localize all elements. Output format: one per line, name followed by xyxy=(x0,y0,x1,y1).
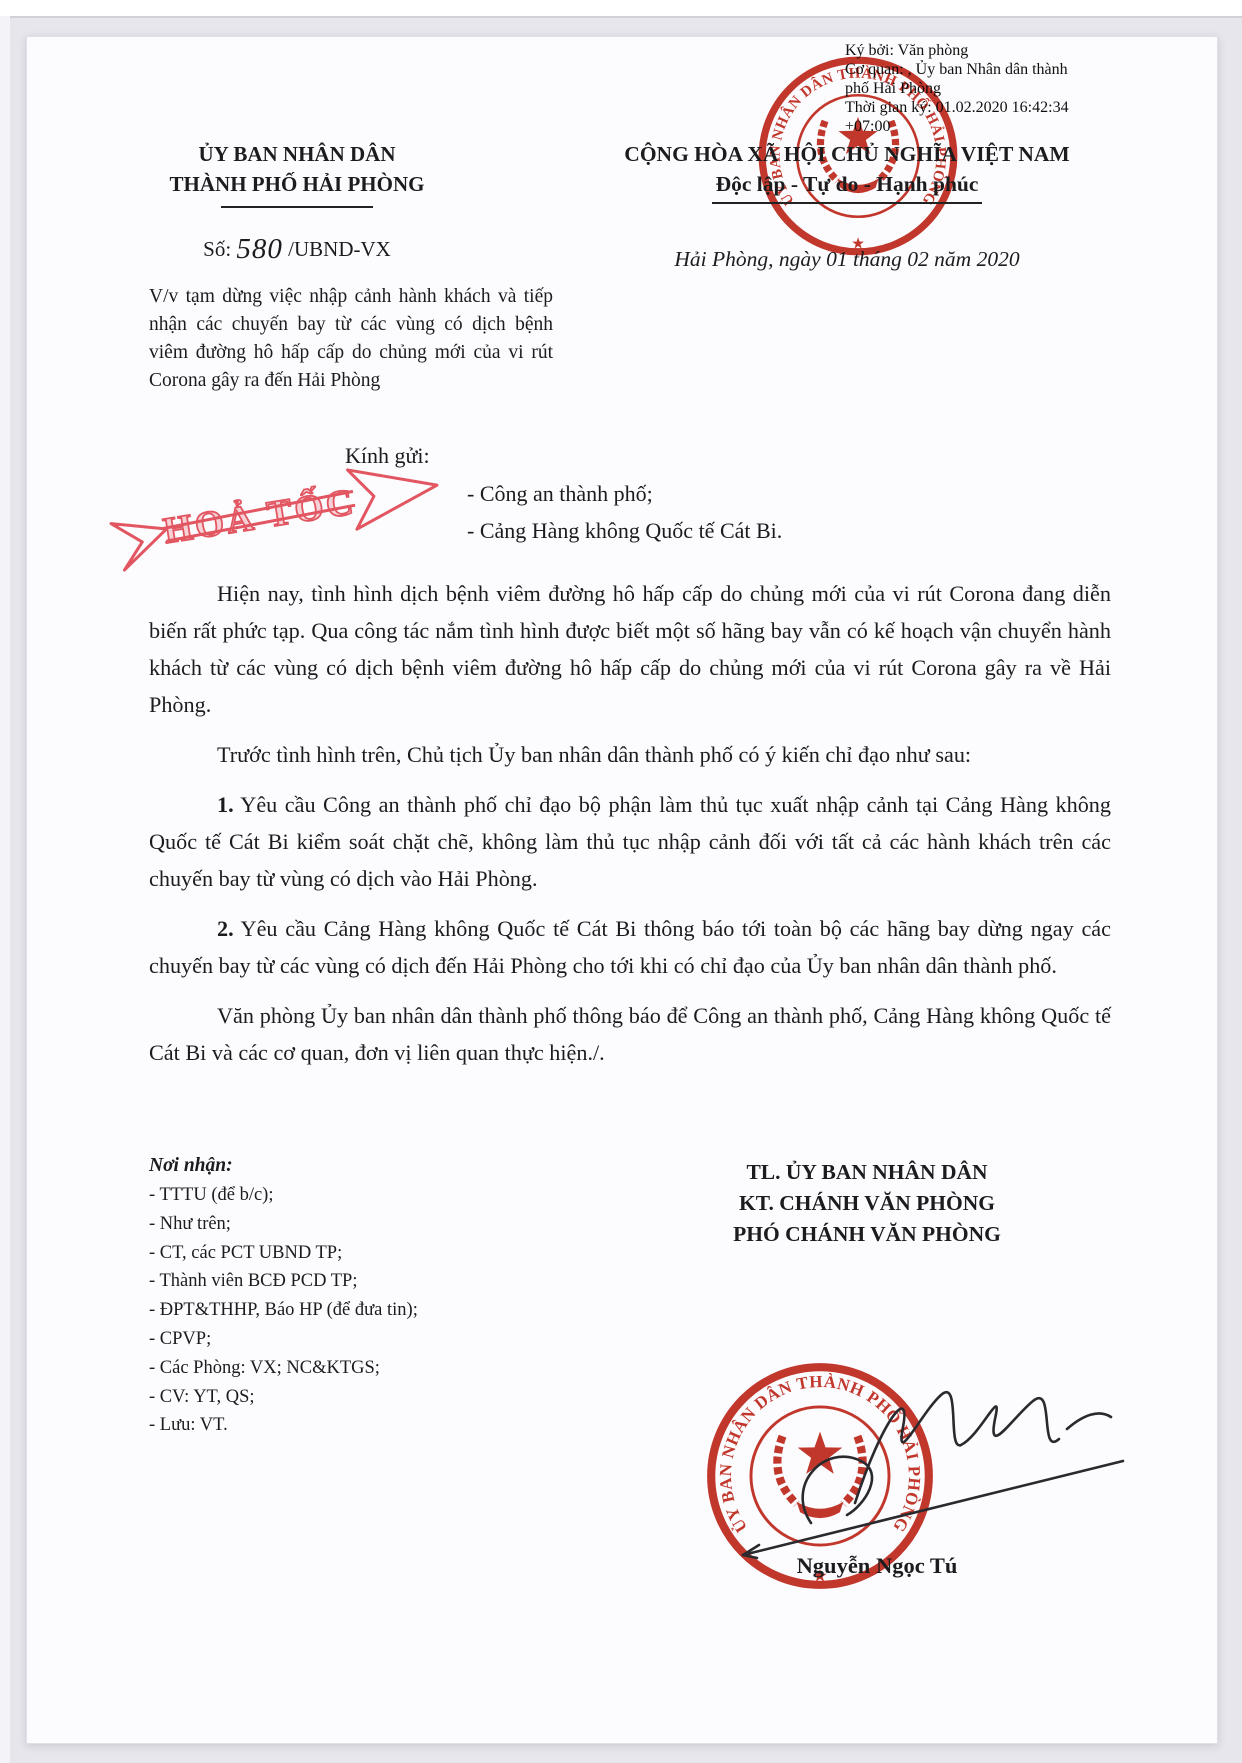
salutation: Kính gửi: xyxy=(345,443,430,469)
place-date-line: Hải Phòng, ngày 01 tháng 02 năm 2020 xyxy=(527,247,1167,272)
national-motto-line2: Độc lập - Tự do - Hạnh phúc xyxy=(712,169,983,204)
noi-nhan-block: Nơi nhận: - TTTU (để b/c); - Như trên; -… xyxy=(149,1155,589,1440)
viewer-left-edge xyxy=(0,16,10,1763)
sign-authority-line1: TL. ỦY BAN NHÂN DÂN xyxy=(567,1157,1167,1188)
noi-nhan-item: - CT, các PCT UBND TP; xyxy=(149,1239,589,1268)
noi-nhan-item: - TTTU (để b/c); xyxy=(149,1181,589,1210)
doc-number-suffix: /UBND-VX xyxy=(288,237,391,261)
viewer-top-strip xyxy=(0,0,1242,18)
urgent-stamp-label: HOẢ TỐC xyxy=(160,478,359,552)
paragraph-text: Trước tình hình trên, Chủ tịch Ủy ban nh… xyxy=(217,742,971,767)
issuer-underline xyxy=(221,206,373,208)
noi-nhan-item: - Như trên; xyxy=(149,1210,589,1239)
national-motto-line1: CỘNG HÒA XÃ HỘI CHỦ NGHĨA VIỆT NAM xyxy=(527,139,1167,169)
paragraph-text: Yêu cầu Cảng Hàng không Quốc tế Cát Bi t… xyxy=(149,916,1111,978)
sign-authority-line3: PHÓ CHÁNH VĂN PHÒNG xyxy=(567,1219,1167,1250)
document-page: Ký bởi: Văn phòng Cơ quan: , Ủy ban Nhân… xyxy=(26,36,1218,1744)
noi-nhan-item: - CV: YT, QS; xyxy=(149,1383,589,1412)
body-paragraph: 1. Yêu cầu Công an thành phố chỉ đạo bộ … xyxy=(149,786,1111,897)
paragraph-text: Văn phòng Ủy ban nhân dân thành phố thôn… xyxy=(149,1003,1111,1065)
body-paragraph: 2. Yêu cầu Cảng Hàng không Quốc tế Cát B… xyxy=(149,910,1111,984)
paragraph-text: Yêu cầu Công an thành phố chỉ đạo bộ phậ… xyxy=(149,792,1111,891)
paragraph-text: Hiện nay, tình hình dịch bệnh viêm đường… xyxy=(149,581,1111,717)
noi-nhan-item: - Các Phòng: VX; NC&KTGS; xyxy=(149,1354,589,1383)
body-text: Hiện nay, tình hình dịch bệnh viêm đường… xyxy=(149,575,1111,1084)
noi-nhan-item: - CPVP; xyxy=(149,1325,589,1354)
issuer-line2: THÀNH PHỐ HẢI PHÒNG xyxy=(97,169,497,199)
screenshot-root: { "digital_signature": { "line1": "Ký bở… xyxy=(0,0,1242,1763)
sign-authority-line2: KT. CHÁNH VĂN PHÒNG xyxy=(567,1188,1167,1219)
noi-nhan-item: - ĐPT&THHP, Báo HP (để đưa tin); xyxy=(149,1296,589,1325)
noi-nhan-item: - Lưu: VT. xyxy=(149,1411,589,1440)
recipient-item: - Công an thành phố; xyxy=(467,475,782,512)
doc-number-label: Số: xyxy=(203,237,231,261)
doc-number-value: 580 xyxy=(236,233,283,265)
signing-authority-block: TL. ỦY BAN NHÂN DÂN KT. CHÁNH VĂN PHÒNG … xyxy=(567,1157,1167,1250)
paragraph-lead: 2. xyxy=(217,916,234,941)
body-paragraph: Trước tình hình trên, Chủ tịch Ủy ban nh… xyxy=(149,736,1111,773)
issuer-header: ỦY BAN NHÂN DÂN THÀNH PHỐ HẢI PHÒNG xyxy=(97,139,497,208)
national-header: CỘNG HÒA XÃ HỘI CHỦ NGHĨA VIỆT NAM Độc l… xyxy=(527,139,1167,204)
body-paragraph: Hiện nay, tình hình dịch bệnh viêm đường… xyxy=(149,575,1111,723)
recipient-item: - Cảng Hàng không Quốc tế Cát Bi. xyxy=(467,512,782,549)
recipient-list: - Công an thành phố; - Cảng Hàng không Q… xyxy=(467,475,782,549)
body-paragraph: Văn phòng Ủy ban nhân dân thành phố thôn… xyxy=(149,997,1111,1071)
signer-name: Nguyễn Ngọc Tú xyxy=(677,1553,1077,1579)
issuer-line1: ỦY BAN NHÂN DÂN xyxy=(97,139,497,169)
noi-nhan-label: Nơi nhận: xyxy=(149,1155,589,1177)
document-number: Số: 580 /UBND-VX xyxy=(97,231,497,264)
paragraph-lead: 1. xyxy=(217,792,234,817)
noi-nhan-item: - Thành viên BCĐ PCD TP; xyxy=(149,1267,589,1296)
doc-subject: V/v tạm dừng việc nhập cảnh hành khách v… xyxy=(149,283,553,395)
